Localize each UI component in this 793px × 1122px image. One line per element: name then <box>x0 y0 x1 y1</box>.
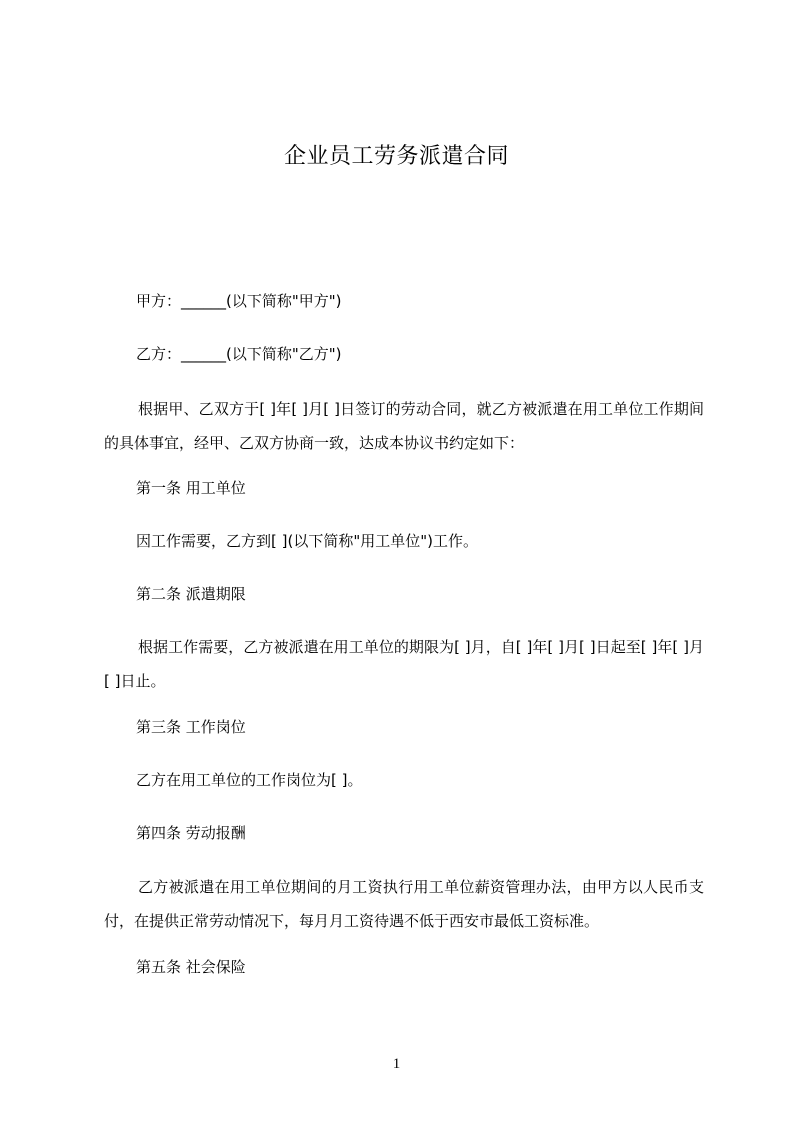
party-a-line: 甲方：______(以下简称"甲方") <box>136 292 342 310</box>
article-4-heading: 第四条 劳动报酬 <box>136 824 246 842</box>
article-3-heading: 第三条 工作岗位 <box>136 718 246 736</box>
article-2-body: 根据工作需要，乙方被派遣在用工单位的期限为[ ]月，自[ ]年[ ]月[ ]日起… <box>104 630 704 698</box>
party-b-line: 乙方：______(以下简称"乙方") <box>136 345 342 363</box>
page-number: 1 <box>0 1056 793 1073</box>
document-title: 企业员工劳务派遣合同 <box>0 142 793 172</box>
article-1-body: 因工作需要，乙方到[ ](以下简称"用工单位")工作。 <box>136 532 478 550</box>
article-3-body: 乙方在用工单位的工作岗位为[ ]。 <box>136 771 362 789</box>
article-5-heading: 第五条 社会保险 <box>136 958 246 976</box>
article-4-body: 乙方被派遣在用工单位期间的月工资执行用工单位薪资管理办法，由甲方以人民币支付，在… <box>104 870 704 938</box>
article-2-heading: 第二条 派遣期限 <box>136 585 246 603</box>
article-1-heading: 第一条 用工单位 <box>136 479 246 497</box>
preamble-paragraph: 根据甲、乙双方于[ ]年[ ]月[ ]日签订的劳动合同，就乙方被派遣在用工单位工… <box>104 392 704 460</box>
document-page: 企业员工劳务派遣合同 甲方：______(以下简称"甲方") 乙方：______… <box>0 0 793 1122</box>
